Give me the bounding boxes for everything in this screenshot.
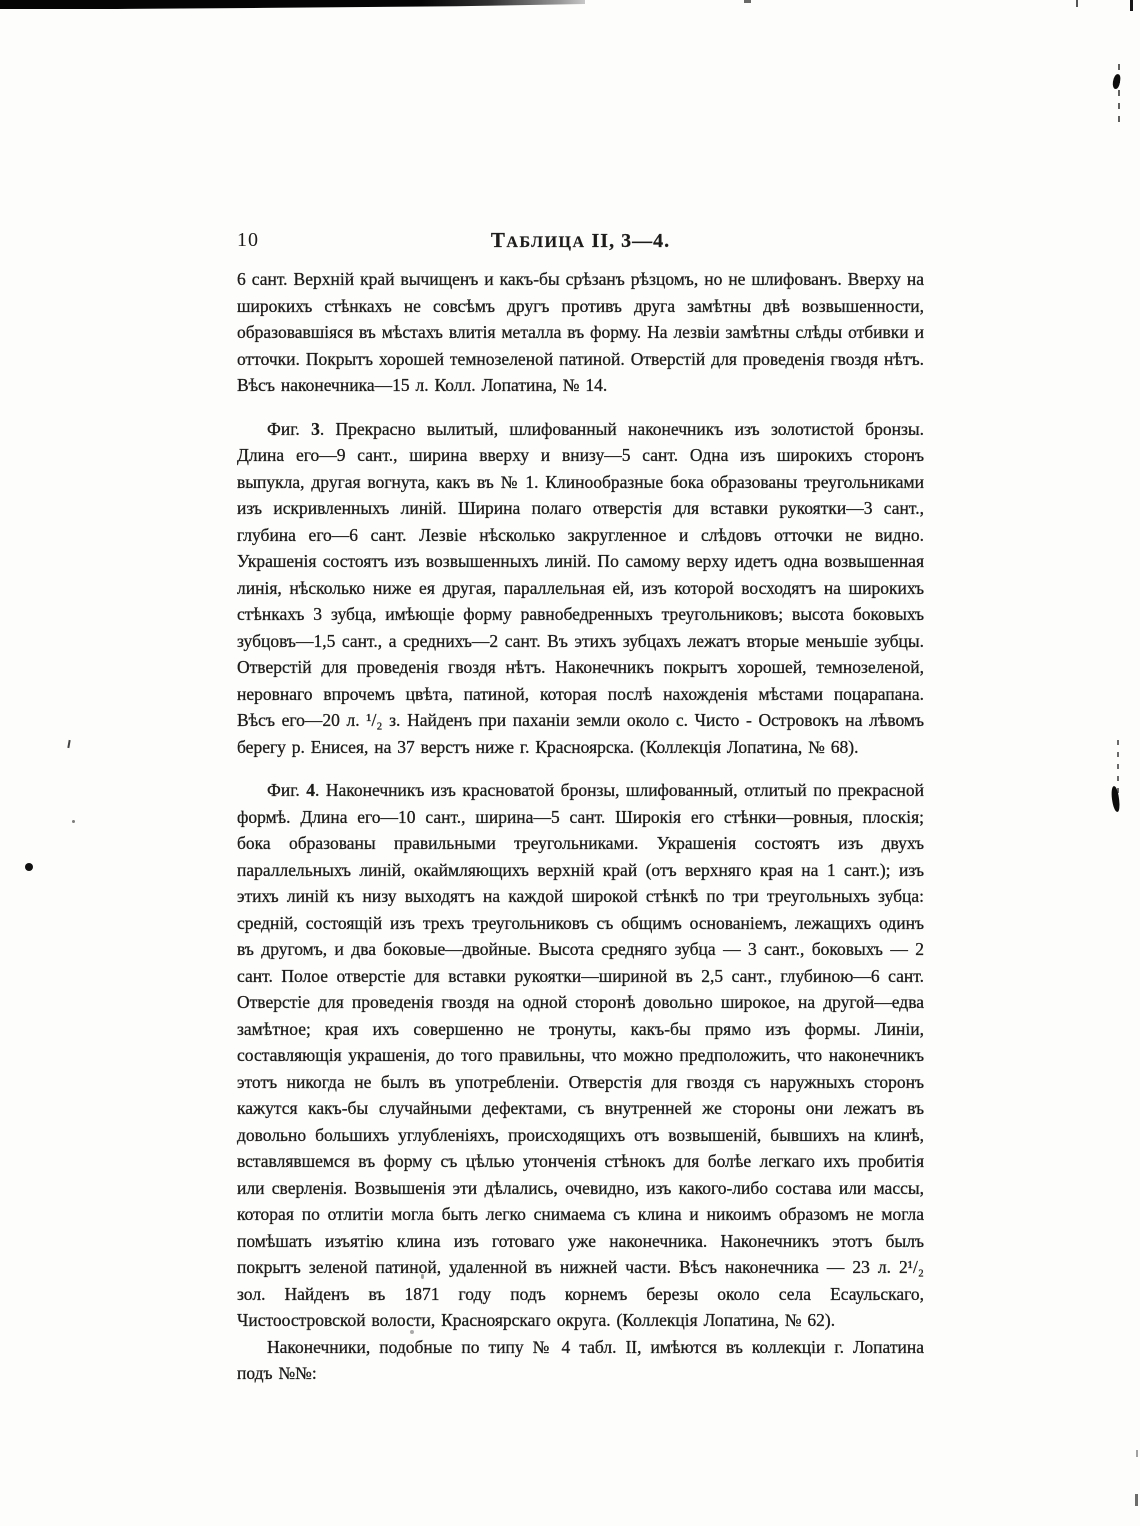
scan-artifact-edge-tick [1135,1494,1138,1506]
scan-artifact-right-dash [1118,64,1120,124]
fig-3-text: . Прекрасно вылитый, шлифованный наконеч… [237,419,924,757]
scan-artifact-left-dot [25,863,33,871]
scan-artifact-right-blob [1110,786,1120,813]
paragraph-continuation: 6 сант. Верхній край вычищенъ и какъ-бы … [237,266,924,399]
running-title: ТАБЛИЦА II, 3—4. [237,228,924,253]
scan-artifact-top-tick [744,0,751,3]
paragraph-fig-4: Фиг. 4. Наконечникъ изъ красноватой брон… [237,777,924,1334]
text-block: 6 сант. Верхній край вычищенъ и какъ-бы … [237,266,924,1387]
scan-artifact-left-dot [72,820,75,823]
paragraph-fig-3: Фиг. 3. Прекрасно вылитый, шлифованный н… [237,416,924,761]
fig-3-number: 3 [311,419,320,439]
scan-artifact-top-band [0,0,585,9]
scan-artifact-right-blob [1112,74,1121,90]
scan-artifact-right-dash [1117,740,1119,798]
paragraph-continuation-text: 6 сант. Верхній край вычищенъ и какъ-бы … [237,269,924,395]
page-header: 10 ТАБЛИЦА II, 3—4. [237,228,924,256]
paragraph-closing: Наконечники, подобные по типу № 4 табл. … [237,1334,924,1387]
scan-artifact-top-tick [1130,0,1133,11]
running-title-smallcaps: АБЛИЦА [506,234,585,251]
scan-artifact-top-tick [1076,0,1078,7]
fig-4-label: Фиг. [267,780,306,800]
scan-artifact-edge-tick [1136,1450,1138,1457]
fig-4-text: . Наконечникъ изъ красноватой бронзы, шл… [237,780,924,1330]
document-page: 10 ТАБЛИЦА II, 3—4. 6 сант. Верхній край… [0,0,1140,1526]
fig-3-label: Фиг. [267,419,311,439]
scan-artifact-left-tick [67,740,70,748]
fig-4-number: 4 [306,780,315,800]
paragraph-closing-text: Наконечники, подобные по типу № 4 табл. … [237,1337,924,1384]
running-title-initial: Т [491,228,507,252]
running-title-suffix: II, 3—4. [586,230,671,252]
